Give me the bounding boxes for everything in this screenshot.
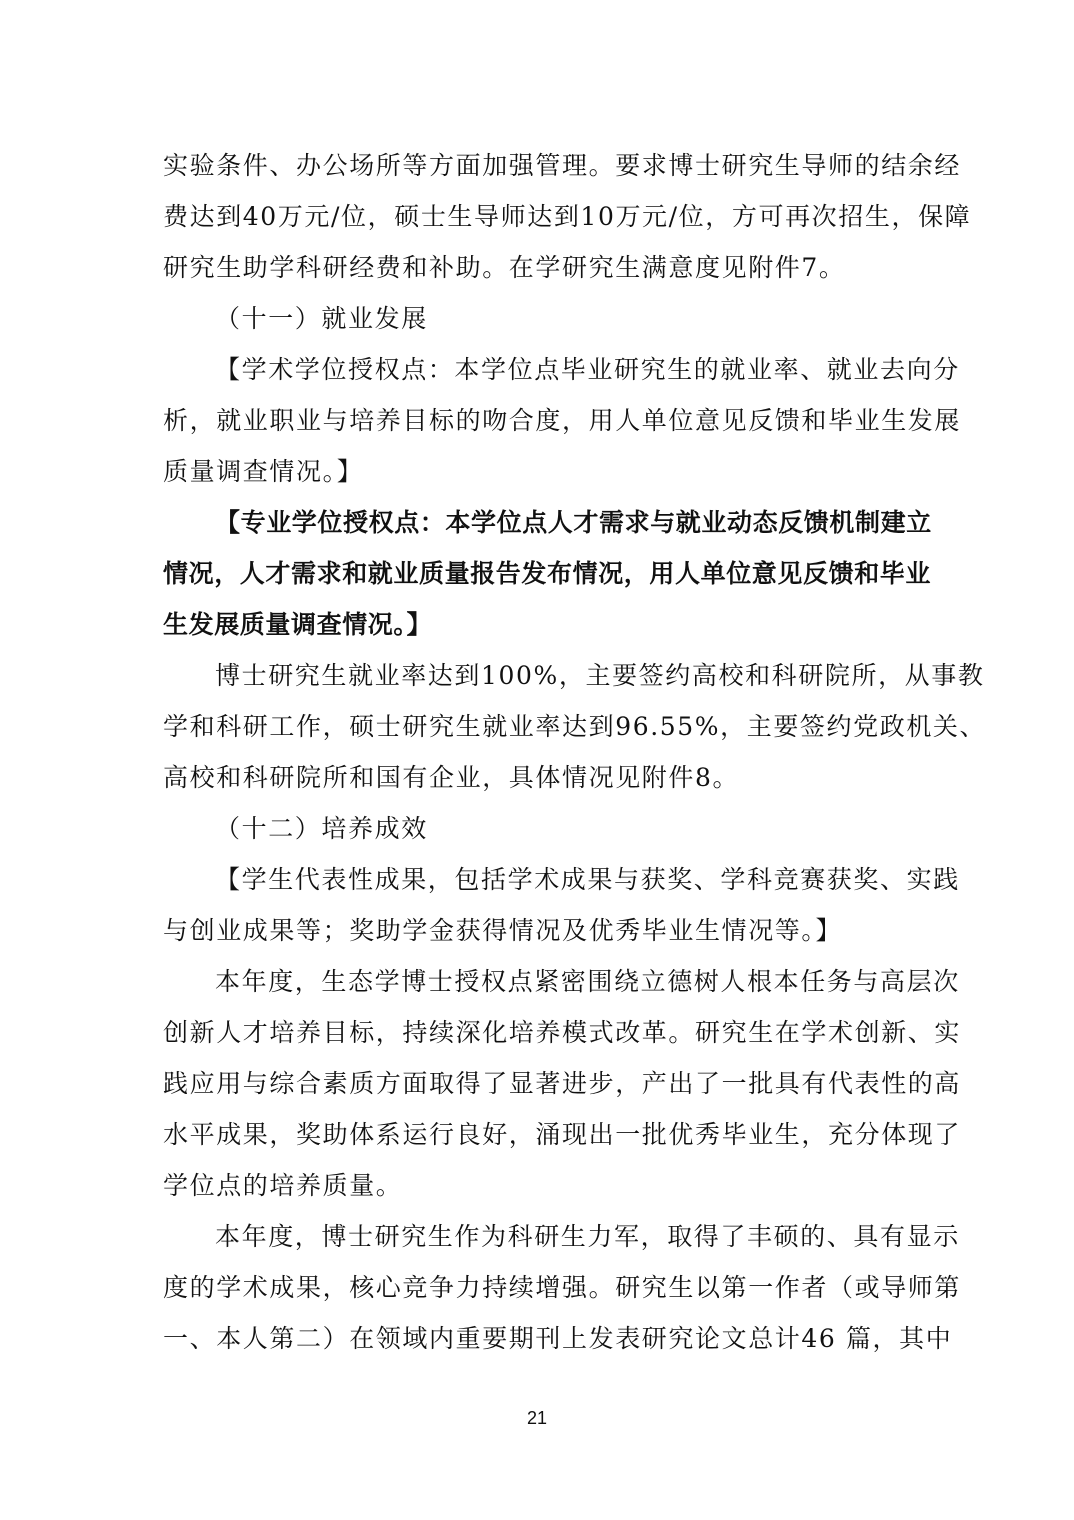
text-line: 与创业成果等；奖助学金获得情况及优秀毕业生情况等。】 (163, 905, 913, 956)
text-line: 【学术学位授权点：本学位点毕业研究生的就业率、就业去向分 (163, 344, 913, 395)
page-number: 21 (0, 1408, 1074, 1429)
paragraph-funding: 实验条件、办公场所等方面加强管理。要求博士研究生导师的结余经 费达到40万元/位… (163, 140, 913, 293)
note-academic-degree: 【学术学位授权点：本学位点毕业研究生的就业率、就业去向分 析，就业职业与培养目标… (163, 344, 913, 497)
paragraph-training-overview: 本年度，生态学博士授权点紧密围绕立德树人根本任务与高层次 创新人才培养目标，持续… (163, 956, 913, 1211)
paragraph-academic-output: 本年度，博士研究生作为科研生力军，取得了丰硕的、具有显示 度的学术成果，核心竞争… (163, 1211, 913, 1364)
text-line: 高校和科研院所和国有企业，具体情况见附件8。 (163, 752, 913, 803)
text-line: 水平成果，奖助体系运行良好，涌现出一批优秀毕业生，充分体现了 (163, 1109, 913, 1160)
text-line: 践应用与综合素质方面取得了显著进步，产出了一批具有代表性的高 (163, 1058, 913, 1109)
text-line: 度的学术成果，核心竞争力持续增强。研究生以第一作者（或导师第 (163, 1262, 913, 1313)
text-line: 创新人才培养目标，持续深化培养模式改革。研究生在学术创新、实 (163, 1007, 913, 1058)
paragraph-employment-rate: 博士研究生就业率达到100%，主要签约高校和科研院所，从事教 学和科研工作，硕士… (163, 650, 913, 803)
text-line: 学位点的培养质量。 (163, 1160, 913, 1211)
text-line: 本年度，博士研究生作为科研生力军，取得了丰硕的、具有显示 (163, 1211, 913, 1262)
note-professional-degree: 【专业学位授权点：本学位点人才需求与就业动态反馈机制建立 情况，人才需求和就业质… (163, 497, 913, 650)
text-line: 本年度，生态学博士授权点紧密围绕立德树人根本任务与高层次 (163, 956, 913, 1007)
section-heading-employment: （十一）就业发展 (163, 293, 913, 344)
note-student-achievements: 【学生代表性成果，包括学术成果与获奖、学科竞赛获奖、实践 与创业成果等；奖助学金… (163, 854, 913, 956)
heading-text: （十一）就业发展 (215, 293, 913, 344)
text-line: 学和科研工作，硕士研究生就业率达到96.55%，主要签约党政机关、 (163, 701, 913, 752)
text-line: 研究生助学科研经费和补助。在学研究生满意度见附件7。 (163, 242, 913, 293)
section-heading-training-results: （十二）培养成效 (163, 803, 913, 854)
text-line: 实验条件、办公场所等方面加强管理。要求博士研究生导师的结余经 (163, 140, 913, 191)
text-line: 生发展质量调查情况。】 (163, 599, 913, 650)
text-line: 情况，人才需求和就业质量报告发布情况，用人单位意见反馈和毕业 (163, 548, 913, 599)
text-line: 析，就业职业与培养目标的吻合度，用人单位意见反馈和毕业生发展 (163, 395, 913, 446)
text-line: 费达到40万元/位，硕士生导师达到10万元/位，方可再次招生，保障 (163, 191, 913, 242)
text-line: 一、本人第二）在领域内重要期刊上发表研究论文总计46 篇，其中 (163, 1313, 913, 1364)
text-line: 【学生代表性成果，包括学术成果与获奖、学科竞赛获奖、实践 (163, 854, 913, 905)
text-line: 质量调查情况。】 (163, 446, 913, 497)
text-line: 【专业学位授权点：本学位点人才需求与就业动态反馈机制建立 (163, 497, 913, 548)
heading-text: （十二）培养成效 (215, 803, 913, 854)
text-line: 博士研究生就业率达到100%，主要签约高校和科研院所，从事教 (163, 650, 913, 701)
document-page: 实验条件、办公场所等方面加强管理。要求博士研究生导师的结余经 费达到40万元/位… (163, 140, 913, 1364)
